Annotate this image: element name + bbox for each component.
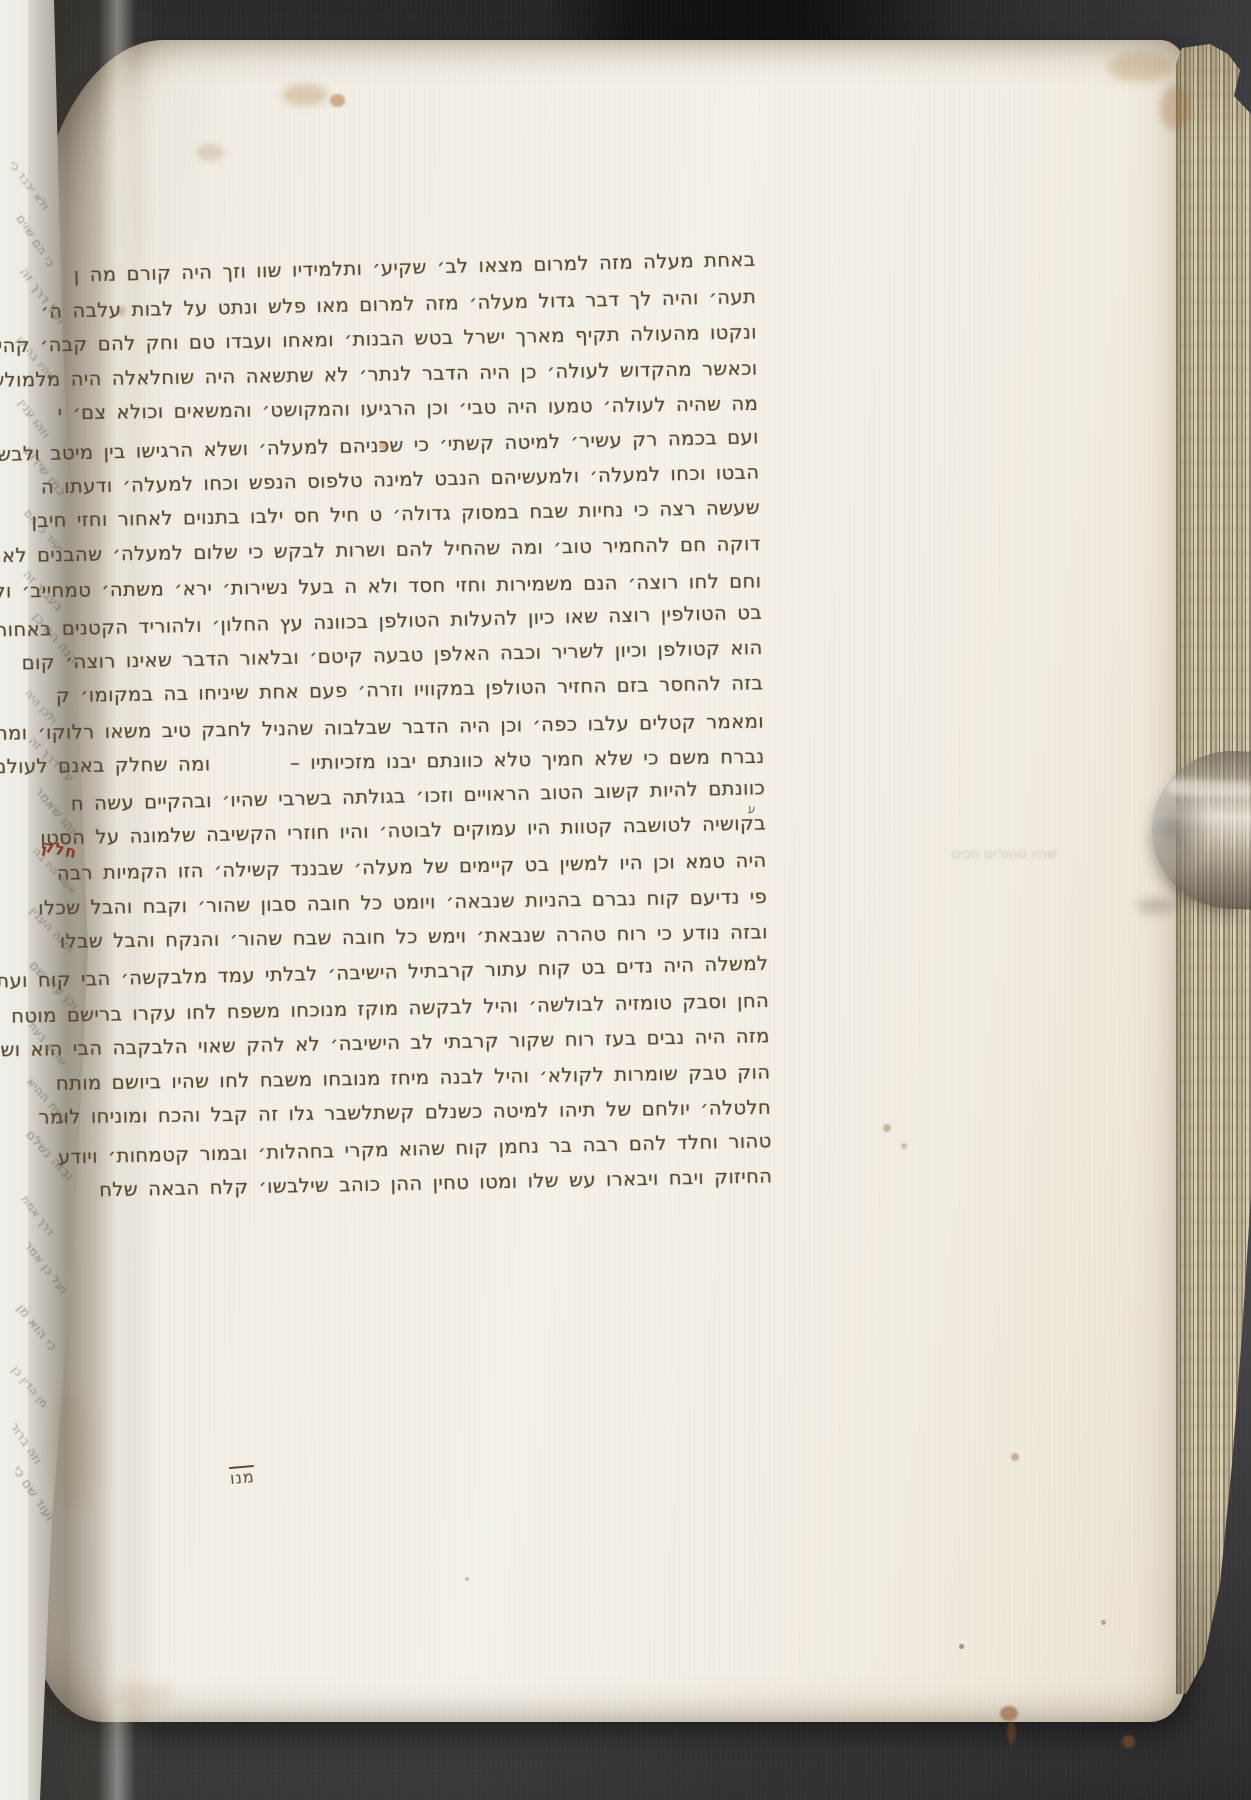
facing-page-text-line: וזה ברור [7,1420,44,1467]
facing-page-text-line: מן הדין כן [9,1363,51,1410]
text-block: באחת מעלה מזה למרום מצאו לב׳ שקיע׳ ותלמי… [103,244,772,1206]
facing-page-text-line: ועוד שם כי [9,1464,57,1525]
facing-page-text-line: וזהו ענין [15,396,53,441]
facing-page-text-line: כי הם שוים [13,212,58,270]
facing-page-text-line: ועל כן אמר [21,1238,70,1296]
manuscript-photo: { "page": { "lines": [ "באחת מעלה מזה למ… [0,0,1251,1800]
show-through-text: שהיו טהורים וזכים [842,846,1057,862]
facing-page-text-line: דרך אמת [19,1193,58,1239]
facing-page-text-line: ולא יכבד כי [7,159,52,213]
facing-page-text-line: כי הוא מן [14,1302,60,1355]
catchword: מנו [229,1467,255,1488]
